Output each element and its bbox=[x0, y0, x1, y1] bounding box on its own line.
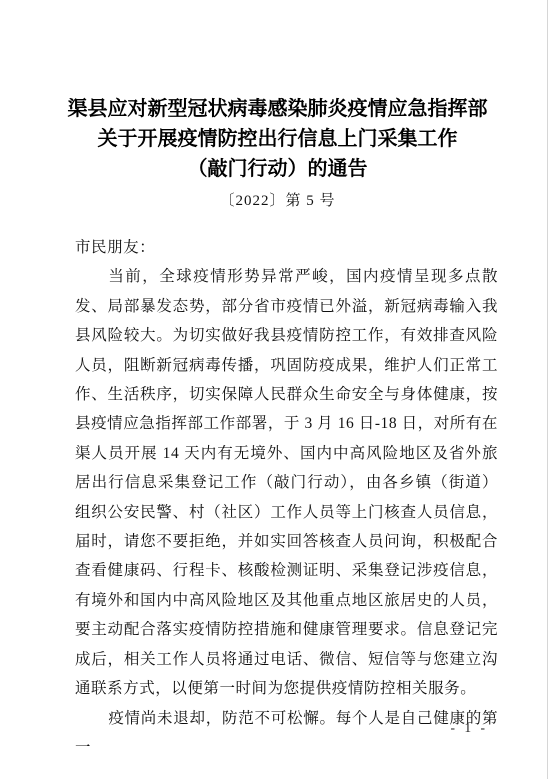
title-line-1: 渠县应对新型冠状病毒感染肺炎疫情应急指挥部 bbox=[40, 94, 515, 124]
document-page: 渠县应对新型冠状病毒感染肺炎疫情应急指挥部 关于开展疫情防控出行信息上门采集工作… bbox=[0, 0, 555, 779]
title-line-2: 关于开展疫情防控出行信息上门采集工作 bbox=[40, 124, 515, 154]
document-title: 渠县应对新型冠状病毒感染肺炎疫情应急指挥部 关于开展疫情防控出行信息上门采集工作… bbox=[40, 94, 515, 184]
page-number: - 1 - bbox=[40, 720, 488, 736]
title-line-3: （敲门行动）的通告 bbox=[40, 154, 515, 184]
salutation: 市民朋友： bbox=[75, 233, 498, 262]
document-number: 〔2022〕第 5 号 bbox=[40, 191, 515, 212]
document-body: 市民朋友： 当前，全球疫情形势异常严峻，国内疫情呈现多点散发、局部暴发态势，部分… bbox=[75, 233, 498, 762]
page-edge-divider bbox=[547, 0, 548, 779]
body-paragraph-1: 当前，全球疫情形势异常严峻，国内疫情呈现多点散发、局部暴发态势，部分省市疫情已外… bbox=[75, 262, 498, 703]
